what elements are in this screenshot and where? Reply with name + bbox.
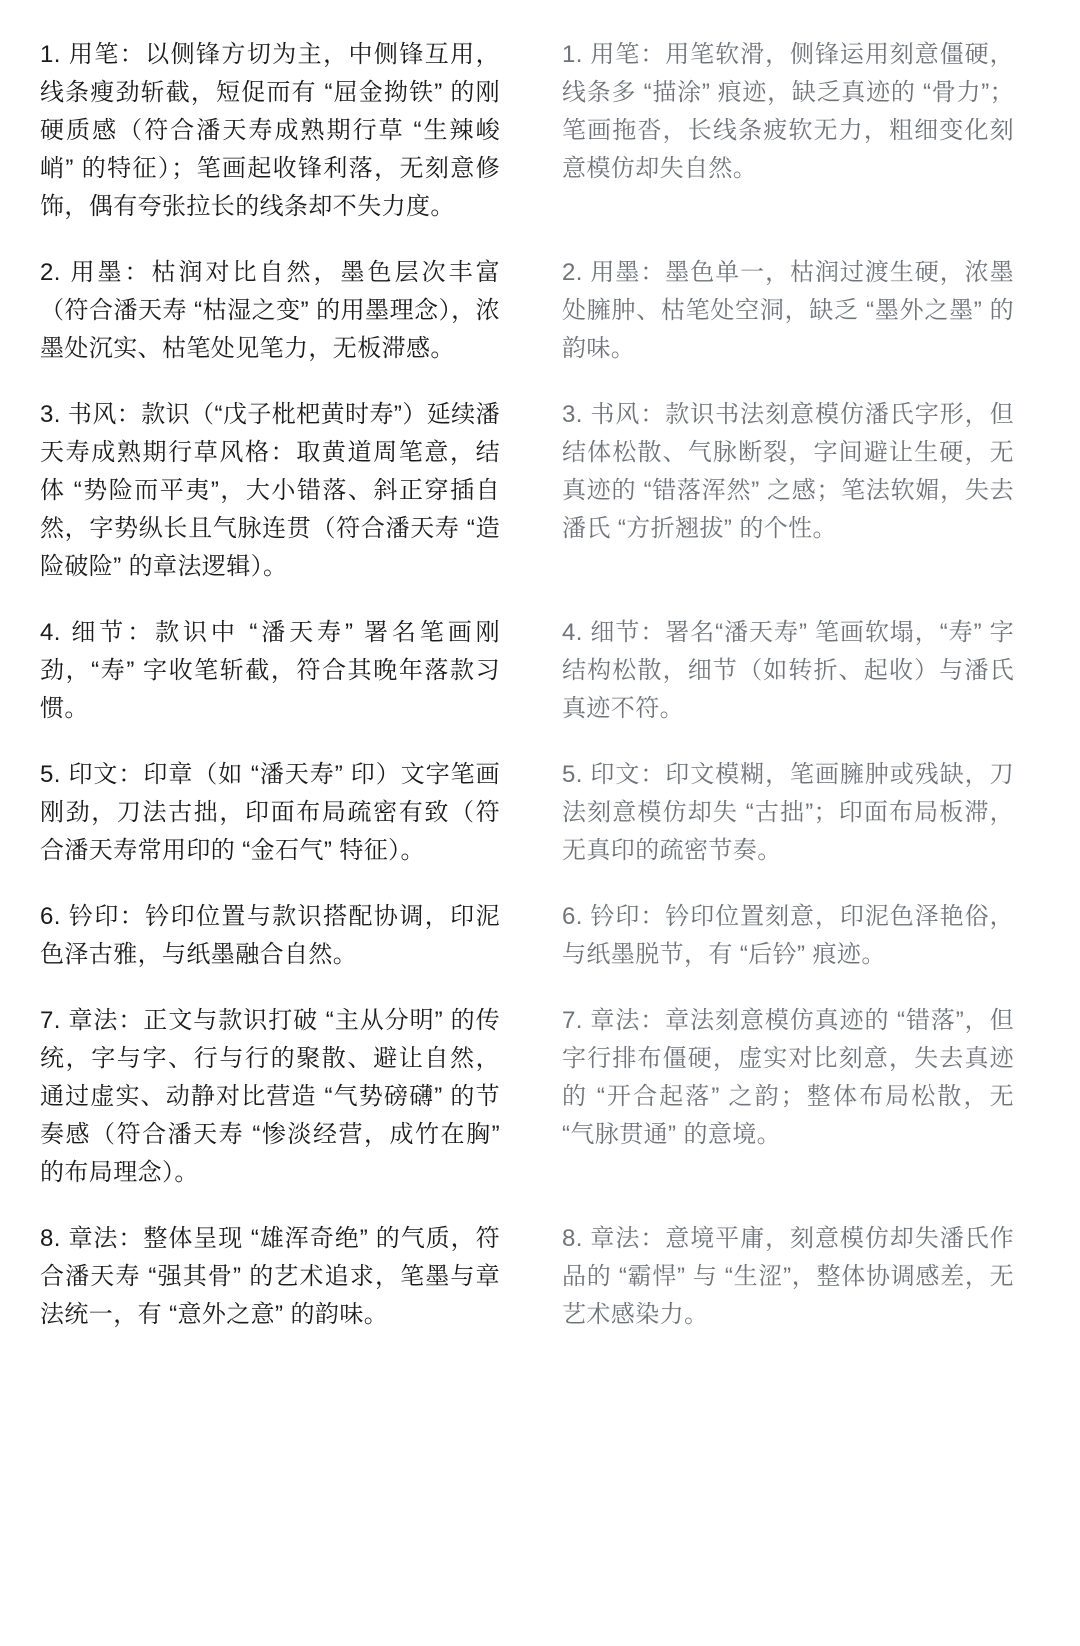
right-item-1: 1. 用笔：用笔软滑，侧锋运用刻意僵硬，线条多 “描涂” 痕迹，缺乏真迹的 “骨… (562, 36, 1014, 188)
right-item-3: 3. 书风：款识书法刻意模仿潘氏字形，但结体松散、气脉断裂，字间避让生硬，无真迹… (562, 396, 1014, 548)
right-item-4: 4. 细节：署名“潘天寿” 笔画软塌，“寿” 字结构松散，细节（如转折、起收）与… (562, 614, 1014, 728)
right-item-2: 2. 用墨：墨色单一，枯润过渡生硬，浓墨处臃肿、枯笔处空洞，缺乏 “墨外之墨” … (562, 254, 1014, 368)
left-item-8: 8. 章法：整体呈现 “雄浑奇绝” 的气质，符合潘天寿 “强其骨” 的艺术追求，… (40, 1220, 500, 1334)
left-item-2: 2. 用墨：枯润对比自然，墨色层次丰富（符合潘天寿 “枯湿之变” 的用墨理念），… (40, 254, 500, 368)
left-item-6: 6. 钤印：钤印位置与款识搭配协调，印泥色泽古雅，与纸墨融合自然。 (40, 898, 500, 974)
right-item-6: 6. 钤印：钤印位置刻意，印泥色泽艳俗，与纸墨脱节，有 “后钤” 痕迹。 (562, 898, 1014, 974)
right-item-8: 8. 章法：意境平庸，刻意模仿却失潘氏作品的 “霸悍” 与 “生涩”，整体协调感… (562, 1220, 1014, 1334)
left-item-3: 3. 书风：款识（“戊子枇杷黄时寿”）延续潘天寿成熟期行草风格：取黄道周笔意，结… (40, 396, 500, 586)
left-item-5: 5. 印文：印章（如 “潘天寿” 印）文字笔画刚劲，刀法古拙，印面布局疏密有致（… (40, 756, 500, 870)
right-item-5: 5. 印文：印文模糊，笔画臃肿或残缺，刀法刻意模仿却失 “古拙”；印面布局板滞，… (562, 756, 1014, 870)
comparison-document: 1. 用笔：以侧锋方切为主，中侧锋互用，线条瘦劲斩截，短促而有 “屈金拗铁” 的… (0, 0, 1080, 1646)
left-item-1: 1. 用笔：以侧锋方切为主，中侧锋互用，线条瘦劲斩截，短促而有 “屈金拗铁” 的… (40, 36, 500, 226)
right-item-7: 7. 章法：章法刻意模仿真迹的 “错落”，但字行排布僵硬，虚实对比刻意，失去真迹… (562, 1002, 1014, 1154)
left-item-4: 4. 细节：款识中 “潘天寿” 署名笔画刚劲，“寿” 字收笔斩截，符合其晚年落款… (40, 614, 500, 728)
left-item-7: 7. 章法：正文与款识打破 “主从分明” 的传统，字与字、行与行的聚散、避让自然… (40, 1002, 500, 1192)
